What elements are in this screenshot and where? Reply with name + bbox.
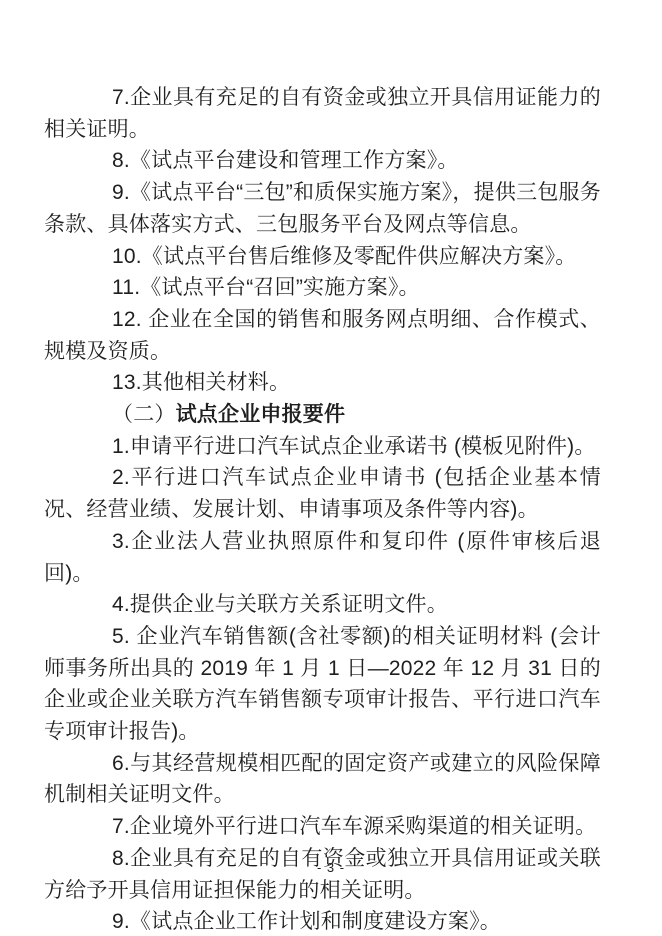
list-item-enterprise-6: 6.与其经营规模相匹配的固定资产或建立的风险保障机制相关证明文件。	[44, 748, 601, 811]
list-item-enterprise-9: 9.《试点企业工作计划和制度建设方案》。	[44, 906, 601, 936]
section-heading-number: （二）	[112, 403, 176, 426]
list-item-enterprise-5: 5. 企业汽车销售额(含社零额)的相关证明材料 (会计师事务所出具的 2019 …	[44, 621, 601, 748]
list-item-enterprise-3: 3.企业法人营业执照原件和复印件 (原件审核后退回)。	[44, 526, 601, 589]
list-item-platform-13: 13.其他相关材料。	[44, 367, 601, 399]
section-heading: （二）试点企业申报要件	[44, 399, 601, 431]
list-item-platform-12: 12. 企业在全国的销售和服务网点明细、合作模式、规模及资质。	[44, 304, 601, 367]
list-item-platform-8: 8.《试点平台建设和管理工作方案》。	[44, 145, 601, 177]
list-item-enterprise-7: 7.企业境外平行进口汽车车源采购渠道的相关证明。	[44, 811, 601, 843]
list-item-platform-11: 11.《试点平台“召回”实施方案》。	[44, 272, 601, 304]
list-item-enterprise-2: 2.平行进口汽车试点企业申请书 (包括企业基本情况、经营业绩、发展计划、申请事项…	[44, 462, 601, 525]
page-number: - 3 -	[0, 860, 662, 875]
list-item-platform-7: 7.企业具有充足的自有资金或独立开具信用证能力的相关证明。	[44, 82, 601, 145]
document-body: 7.企业具有充足的自有资金或独立开具信用证能力的相关证明。 8.《试点平台建设和…	[44, 82, 601, 936]
list-item-platform-10: 10.《试点平台售后维修及零配件供应解决方案》。	[44, 241, 601, 273]
section-heading-title: 试点企业申报要件	[176, 403, 346, 426]
list-item-platform-9: 9.《试点平台“三包”和质保实施方案》，提供三包服务条款、具体落实方式、三包服务…	[44, 177, 601, 240]
list-item-enterprise-4: 4.提供企业与关联方关系证明文件。	[44, 589, 601, 621]
list-item-enterprise-1: 1.申请平行进口汽车试点企业承诺书 (模板见附件)。	[44, 431, 601, 463]
document-page: 7.企业具有充足的自有资金或独立开具信用证能力的相关证明。 8.《试点平台建设和…	[0, 0, 662, 936]
